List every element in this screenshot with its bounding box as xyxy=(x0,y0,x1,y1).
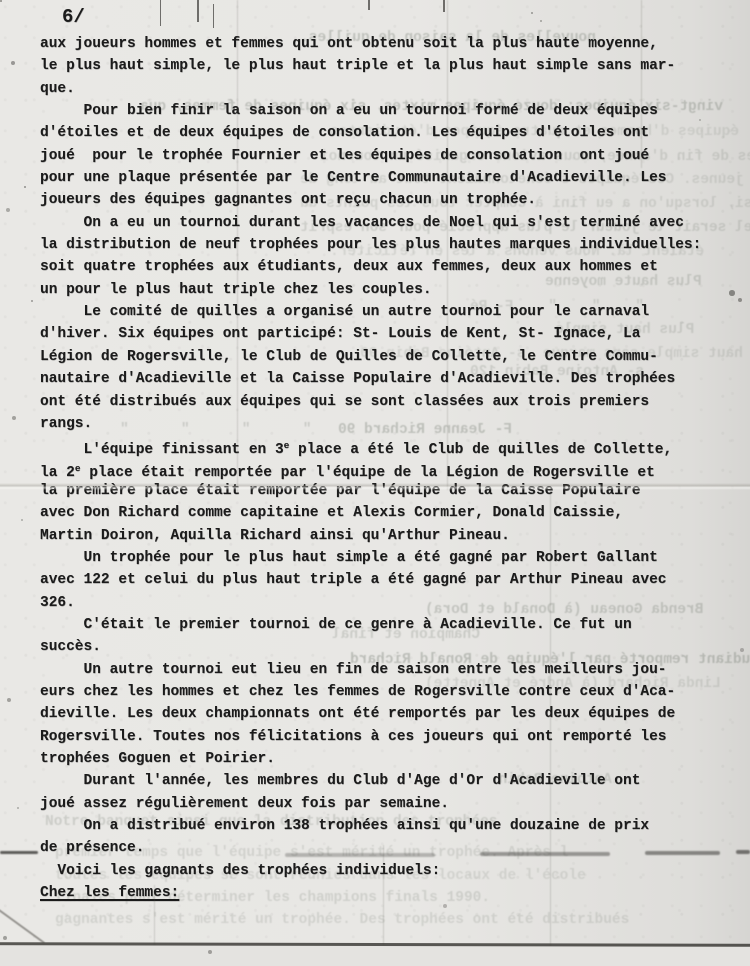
text-line: Le comité de quilles a organisé un autre… xyxy=(40,301,730,323)
scan-background-strip xyxy=(0,946,750,966)
bleedthrough-text: gagnantes s'est mérité un trophée. Des t… xyxy=(55,910,629,930)
crease-line xyxy=(237,0,238,492)
ink-smear xyxy=(645,851,720,855)
text-line: aux joueurs hommes et femmes qui ont obt… xyxy=(40,33,730,55)
text-line: nautaire d'Acadieville et la Caisse Popu… xyxy=(40,368,730,390)
text-line: dieville. Les deux championnats ont été … xyxy=(40,703,730,725)
text-line: ont été distribués aux équipes qui se so… xyxy=(40,391,730,413)
text-line: succès. xyxy=(40,636,730,658)
edge-mark xyxy=(368,0,370,10)
text-line: pour une plaque présentée par le Centre … xyxy=(40,167,730,189)
crease-line xyxy=(641,0,642,168)
text-line: Légion de Rogersville, le Club de Quille… xyxy=(40,346,730,368)
text-line: eurs chez les hommes et chez les femmes … xyxy=(40,681,730,703)
text-line: d'étoiles et de deux équipes de consolat… xyxy=(40,122,730,144)
text-line: un pour le plus haut triple chez les cou… xyxy=(40,279,730,301)
text-line: joué assez régulièrement deux fois par s… xyxy=(40,793,730,815)
paper-specks xyxy=(0,0,2,2)
ink-smear xyxy=(285,853,435,857)
text-line: joueurs des équipes gagnantes ont reçu c… xyxy=(40,189,730,211)
text-line: C'était le premier tournoi de ce genre à… xyxy=(40,614,730,636)
text-line: le plus haut simple, le plus haut triple… xyxy=(40,55,730,77)
page-corner-fold xyxy=(0,908,45,944)
text-line: la 2e place était remportée par l'équipe… xyxy=(40,458,730,480)
text-line: soit quatre trophées aux étudiants, deux… xyxy=(40,256,730,278)
fold-shadow xyxy=(0,483,750,490)
text-line: On a distribué environ 138 trophées ains… xyxy=(40,815,730,837)
crease-line xyxy=(447,0,448,490)
crease-line xyxy=(383,845,384,945)
text-line: Pour bien finir la saison on a eu un tou… xyxy=(40,100,730,122)
text-line: que. xyxy=(40,78,730,100)
text-line: On a eu un tournoi durant les vacances d… xyxy=(40,212,730,234)
edge-mark xyxy=(443,0,445,12)
ink-smear xyxy=(0,851,38,854)
text-line: rangs. xyxy=(40,413,730,435)
edge-mark xyxy=(197,0,199,22)
crease-line xyxy=(154,885,155,945)
edge-mark xyxy=(160,0,161,26)
text-line: trophées Goguen et Poirier. xyxy=(40,748,730,770)
page-number: 6/ xyxy=(62,6,85,28)
text-line: joué pour le trophée Fournier et les équ… xyxy=(40,145,730,167)
edge-mark xyxy=(213,4,214,28)
document-text: aux joueurs hommes et femmes qui ont obt… xyxy=(40,33,730,904)
text-line: Martin Doiron, Aquilla Richard ainsi qu'… xyxy=(40,525,730,547)
text-line: avec Don Richard comme capitaine et Alex… xyxy=(40,502,730,524)
crease-line xyxy=(550,488,551,946)
text-line: Un autre tournoi eut lieu en fin de sais… xyxy=(40,659,730,681)
scanned-document-page: nouvelles de la saison de quilles.vingt-… xyxy=(0,0,750,966)
text-line: Rogersville. Toutes nos félicitations à … xyxy=(40,726,730,748)
text-line: avec 122 et celui du plus haut triple a … xyxy=(40,569,730,591)
ink-smear xyxy=(736,850,750,854)
text-line: Chez les femmes: xyxy=(40,882,730,904)
text-line: L'équipe finissant en 3e place a été le … xyxy=(40,435,730,457)
ink-smear xyxy=(480,852,610,856)
text-line: Voici les gagnants des trophées individu… xyxy=(40,860,730,882)
text-line: d'hiver. Six équipes ont participé: St- … xyxy=(40,323,730,345)
text-line: Un trophée pour le plus haut simple a ét… xyxy=(40,547,730,569)
text-line: la distribution de neuf trophées pour le… xyxy=(40,234,730,256)
text-line: Durant l'année, les membres du Club d'Ag… xyxy=(40,770,730,792)
text-line: 326. xyxy=(40,592,730,614)
